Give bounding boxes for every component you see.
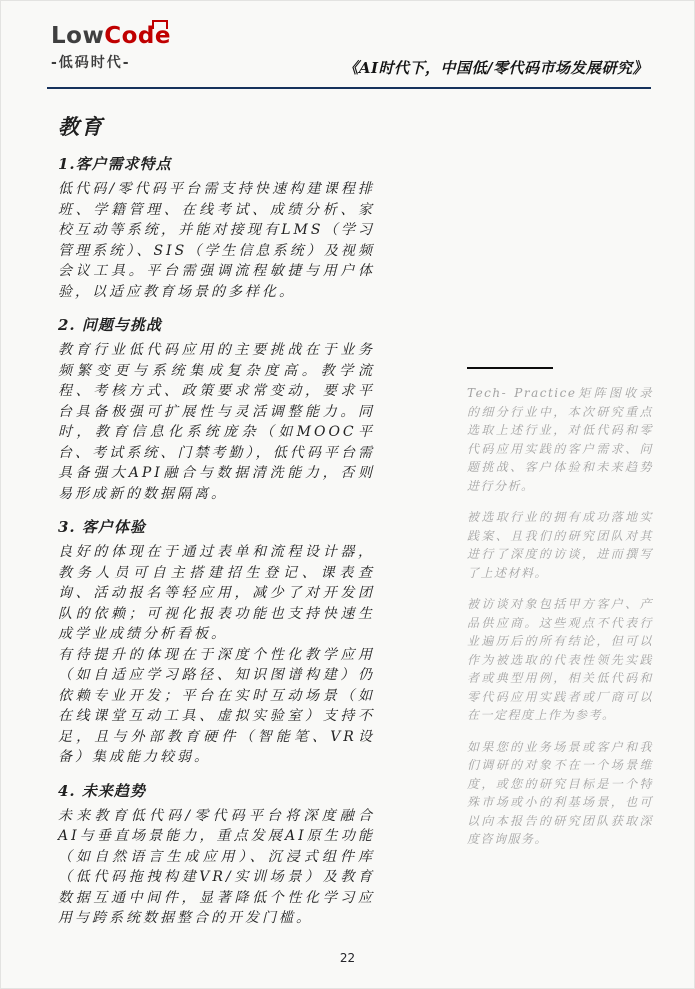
section-heading: 2. 问题与挑战 [58,314,375,335]
section-paragraph: 良好的体现在于通过表单和流程设计器，教务人员可自主搭建招生登记、课表查询、活动报… [58,542,375,645]
section-heading: 3. 客户体验 [58,516,375,537]
section-future-trends: 4. 未来趋势 未来教育低代码/零代码平台将深度融合AI与垂直场景能力，重点发展… [58,780,375,929]
page-title: 教育 [58,111,375,141]
section-paragraph: 教育行业低代码应用的主要挑战在于业务频繁变更与系统集成复杂度高。教学流程、考核方… [58,340,375,504]
section-customer-needs: 1.客户需求特点 低代码/零代码平台需支持快速构建课程排班、学籍管理、在线考试、… [58,153,375,302]
sidebar-note: 被选取行业的拥有成功落地实践案、且我们的研究团队对其进行了深度的访谈，进而撰写了… [467,508,653,582]
section-heading: 4. 未来趋势 [58,780,375,801]
lowcode-logo: LowCode -低码时代- [51,23,171,72]
section-customer-experience: 3. 客户体验 良好的体现在于通过表单和流程设计器，教务人员可自主搭建招生登记、… [58,516,375,768]
logo-text-low: Low [51,23,104,49]
main-content: 教育 1.客户需求特点 低代码/零代码平台需支持快速构建课程排班、学籍管理、在线… [58,111,375,929]
sidebar-divider [467,367,553,369]
section-paragraph: 低代码/零代码平台需支持快速构建课程排班、学籍管理、在线考试、成绩分析、家校互动… [58,179,375,302]
sidebar-note: Tech- Practice矩阵图收录的细分行业中，本次研究重点选取上述行业，对… [467,384,653,495]
report-title: 《AI时代下，中国低/零代码市场发展研究》 [343,57,648,78]
report-page: LowCode -低码时代- 《AI时代下，中国低/零代码市场发展研究》 教育 … [0,0,695,989]
section-problems-challenges: 2. 问题与挑战 教育行业低代码应用的主要挑战在于业务频繁变更与系统集成复杂度高… [58,314,375,504]
logo-wordmark: LowCode [51,23,171,49]
logo-bracket-icon [152,20,168,29]
sidebar-note: 如果您的业务场景或客户和我们调研的对象不在一个场景维度，或您的研究目标是一个特殊… [467,738,653,849]
sidebar-note: 被访谈对象包括甲方客户、产品供应商。这些观点不代表行业遍历后的所有结论，但可以作… [467,595,653,725]
section-heading: 1.客户需求特点 [58,153,375,174]
logo-subtitle: -低码时代- [51,52,171,72]
section-paragraph: 未来教育低代码/零代码平台将深度融合AI与垂直场景能力，重点发展AI原生功能（如… [58,806,375,929]
header-divider [47,87,651,89]
section-paragraph: 有待提升的体现在于深度个性化教学应用（如自适应学习路径、知识图谱构建）仍依赖专业… [58,645,375,768]
page-number: 22 [1,951,694,965]
sidebar-notes: Tech- Practice矩阵图收录的细分行业中，本次研究重点选取上述行业，对… [467,367,653,862]
